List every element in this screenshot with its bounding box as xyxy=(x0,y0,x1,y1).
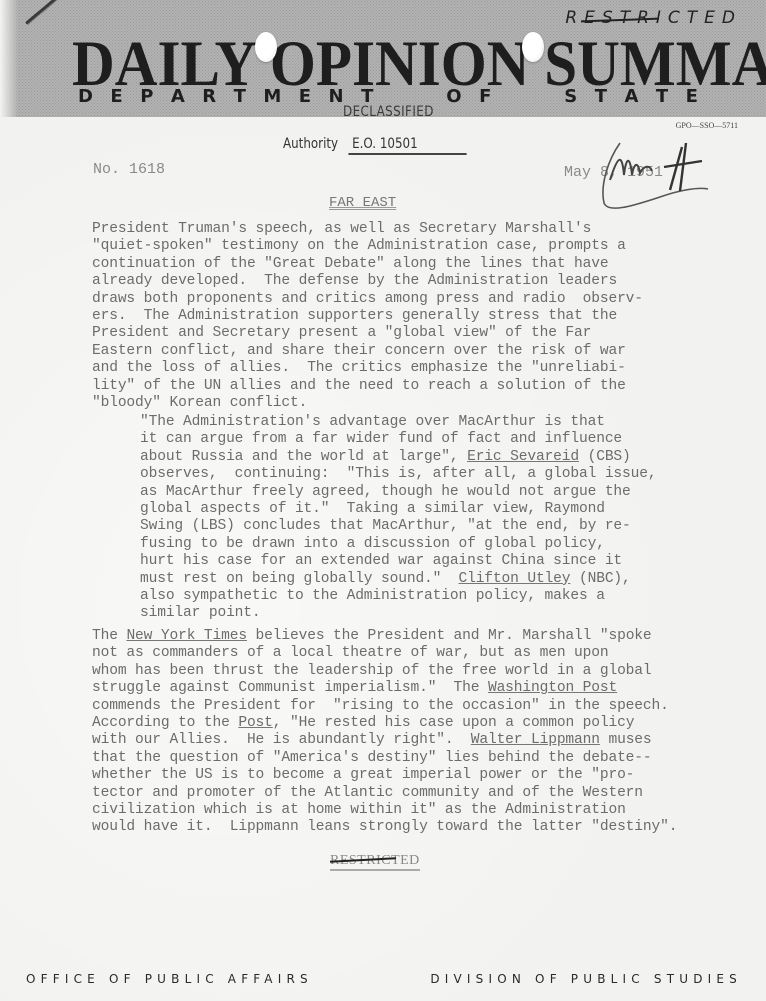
dept-letter: E xyxy=(686,86,698,107)
text-line: also sympathetic to the Administration p… xyxy=(140,588,656,605)
text-line: The New York Times believes the Presiden… xyxy=(92,628,677,645)
text-line: continuation of the "Great Debate" along… xyxy=(92,256,643,273)
text-line: "quiet-spoken" testimony on the Administ… xyxy=(92,238,643,255)
staple-mark xyxy=(25,0,59,25)
text-line: with our Allies. He is abundantly right"… xyxy=(92,732,677,749)
text-line: "The Administration's advantage over Mac… xyxy=(140,414,656,431)
printer-code: GPO—SSO—5711 xyxy=(676,121,738,130)
text-line: civilization which is at home within it"… xyxy=(92,802,677,819)
text-line: hurt his case for an extended war agains… xyxy=(140,553,656,570)
text-line: must rest on being globally sound." Clif… xyxy=(140,571,656,588)
dept-letter: O xyxy=(446,86,461,107)
dept-letter: S xyxy=(564,86,577,107)
text-line: commends the President for "rising to th… xyxy=(92,698,677,715)
handwritten-initials-icon xyxy=(590,135,720,215)
dept-letter: A xyxy=(624,86,638,107)
dept-letter: M xyxy=(263,86,281,107)
dept-letter: T xyxy=(656,86,668,107)
section-heading: FAR EAST xyxy=(329,195,396,211)
document-page: RESTRICTED DAILY OPINION SUMMARY D E P A… xyxy=(0,0,766,1001)
text-line: lity" of the UN allies and the need to r… xyxy=(92,378,643,395)
authority-label: Authority xyxy=(283,136,338,152)
text-line: "bloody" Korean conflict. xyxy=(92,395,643,412)
text-line: that the question of "America's destiny"… xyxy=(92,750,677,767)
masthead: RESTRICTED DAILY OPINION SUMMARY D E P A… xyxy=(0,0,766,117)
dept-letter: T xyxy=(595,86,607,107)
text-line: as MacArthur freely agreed, though he wo… xyxy=(140,484,656,501)
body-paragraph-1: President Truman's speech, as well as Se… xyxy=(92,221,643,412)
text-line: struggle against Communist imperialism."… xyxy=(92,680,677,697)
text-line: global aspects of it." Taking a similar … xyxy=(140,501,656,518)
text-line: it can argue from a far wider fund of fa… xyxy=(140,431,656,448)
text-line: would have it. Lippmann leans strongly t… xyxy=(92,819,677,836)
footer-division: DIVISION OF PUBLIC STUDIES xyxy=(430,972,742,986)
authority-value: E.O. 10501 xyxy=(349,136,467,155)
dept-letter: D xyxy=(78,86,93,107)
body-paragraph-2: "The Administration's advantage over Mac… xyxy=(140,414,656,623)
footer-office: OFFICE OF PUBLIC AFFAIRS xyxy=(26,972,313,986)
text-line: President Truman's speech, as well as Se… xyxy=(92,221,643,238)
classification-mark-top: RESTRICTED xyxy=(565,8,742,28)
declassified-stamp: DECLASSIFIED xyxy=(343,104,434,120)
dept-letter: F xyxy=(479,86,491,107)
dept-letter: T xyxy=(234,86,246,107)
text-line: observes, continuing: "This is, after al… xyxy=(140,466,656,483)
dept-letter: E xyxy=(110,86,122,107)
classification-mark-bottom: RESTRICTED xyxy=(330,853,420,871)
text-line: ers. The Administration supporters gener… xyxy=(92,308,643,325)
text-line: and the loss of allies. The critics emph… xyxy=(92,360,643,377)
text-line: not as commanders of a local theatre of … xyxy=(92,645,677,662)
dept-letter: R xyxy=(202,86,216,107)
issue-number: No. 1618 xyxy=(93,161,165,178)
text-line: similar point. xyxy=(140,605,656,622)
text-line: whom has been thrust the leadership of t… xyxy=(92,663,677,680)
dept-letter: E xyxy=(299,86,311,107)
dept-letter: A xyxy=(171,86,185,107)
punch-hole xyxy=(255,32,277,62)
text-line: whether the US is to become a great impe… xyxy=(92,767,677,784)
text-line: about Russia and the world at large", Er… xyxy=(140,449,656,466)
dept-letter: N xyxy=(329,86,344,107)
punch-hole xyxy=(522,32,544,62)
text-line: tector and promoter of the Atlantic comm… xyxy=(92,785,677,802)
text-line: already developed. The defense by the Ad… xyxy=(92,273,643,290)
spacer xyxy=(509,86,547,107)
text-line: Swing (LBS) concludes that MacArthur, "a… xyxy=(140,518,656,535)
dept-letter: P xyxy=(140,86,153,107)
body-paragraph-3: The New York Times believes the Presiden… xyxy=(92,628,677,837)
text-line: draws both proponents and critics among … xyxy=(92,291,643,308)
text-line: fusing to be drawn into a discussion of … xyxy=(140,536,656,553)
text-line: Eastern conflict, and share their concer… xyxy=(92,343,643,360)
text-line: President and Secretary present a "globa… xyxy=(92,325,643,342)
page-footer: OFFICE OF PUBLIC AFFAIRS DIVISION OF PUB… xyxy=(26,972,742,986)
authority-stamp: Authority E.O. 10501 xyxy=(283,136,467,155)
page-edge-shadow xyxy=(0,0,18,117)
text-line: According to the Post, "He rested his ca… xyxy=(92,715,677,732)
